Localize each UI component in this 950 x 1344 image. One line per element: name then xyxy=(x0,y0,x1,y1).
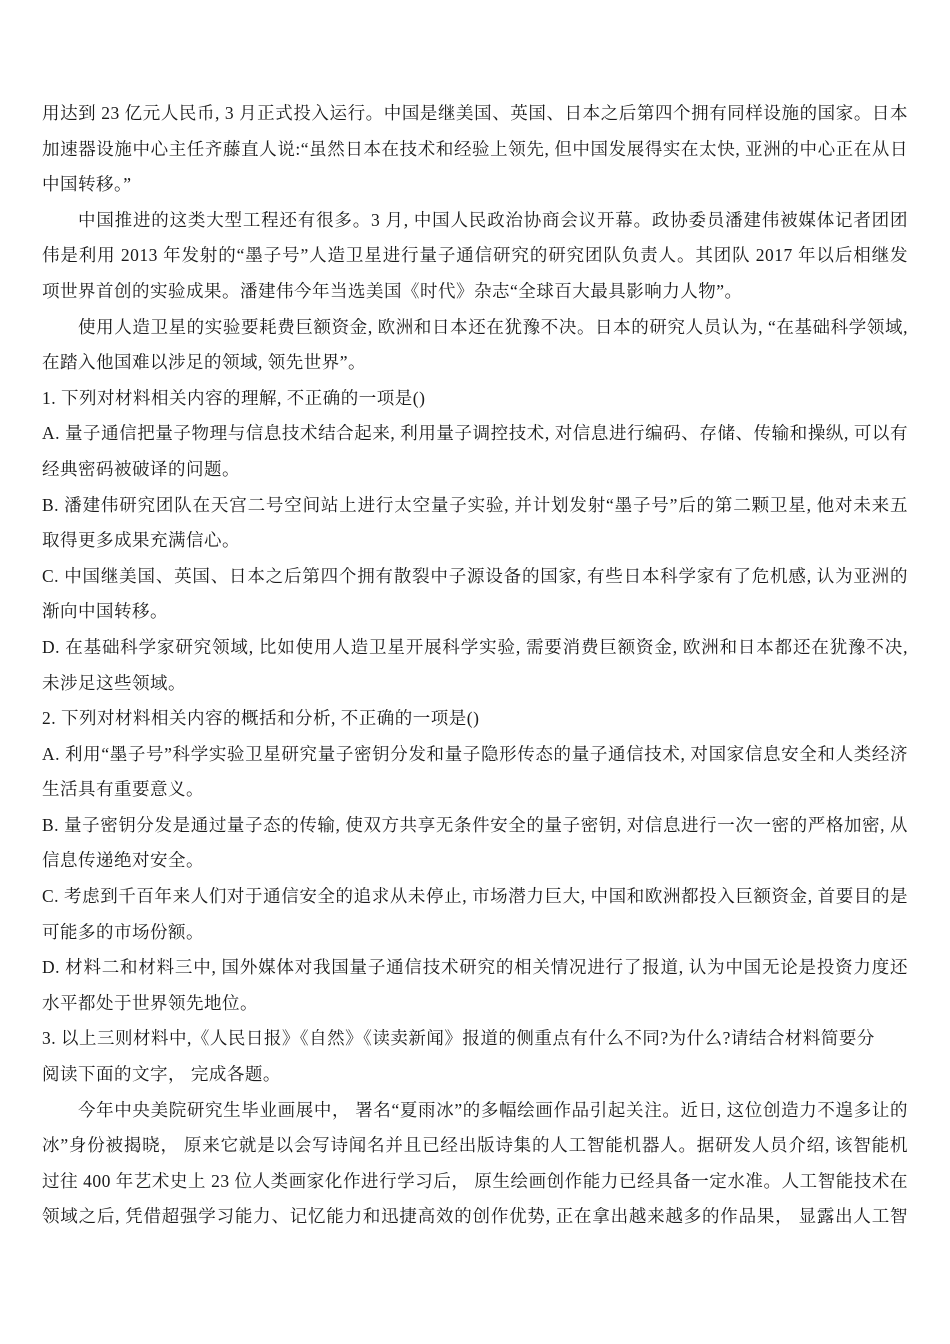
text-line: 加速器设施中心主任齐藤直人说:“虽然日本在技术和经验上领先, 但中国发展得实在太… xyxy=(42,132,908,168)
text-line: A. 量子通信把量子物理与信息技术结合起来, 利用量子调控技术, 对信息进行编码… xyxy=(42,416,908,452)
text-line: 阅读下面的文字， 完成各题。 xyxy=(42,1057,908,1093)
text-line: A. 利用“墨子号”科学实验卫星研究量子密钥分发和量子隐形传态的量子通信技术, … xyxy=(42,737,908,773)
text-line: D. 在基础科学家研究领域, 比如使用人造卫星开展科学实验, 需要消费巨额资金,… xyxy=(42,630,908,666)
text-line: 2. 下列对材料相关内容的概括和分析, 不正确的一项是() xyxy=(42,701,908,737)
text-line: 伟是利用 2013 年发射的“墨子号”人造卫星进行量子通信研究的研究团队负责人。… xyxy=(42,238,908,274)
text-line: 使用人造卫星的实验要耗费巨额资金, 欧洲和日本还在犹豫不决。日本的研究人员认为,… xyxy=(42,310,908,346)
text-line: 中国转移。” xyxy=(42,167,908,203)
text-line: 生活具有重要意义。 xyxy=(42,772,908,808)
text-line: 渐向中国转移。 xyxy=(42,594,908,630)
text-line: 信息传递绝对安全。 xyxy=(42,843,908,879)
text-line: 1. 下列对材料相关内容的理解, 不正确的一项是() xyxy=(42,381,908,417)
text-line: 3. 以上三则材料中,《人民日报》《自然》《读卖新闻》报道的侧重点有什么不同?为… xyxy=(42,1021,908,1057)
text-line: C. 考虑到千百年来人们对于通信安全的追求从未停止, 市场潜力巨大, 中国和欧洲… xyxy=(42,879,908,915)
text-column: 用达到 23 亿元人民币, 3 月正式投入运行。中国是继美国、英国、日本之后第四… xyxy=(42,96,908,1235)
text-line: D. 材料二和材料三中, 国外媒体对我国量子通信技术研究的相关情况进行了报道, … xyxy=(42,950,908,986)
text-line: 过往 400 年艺术史上 23 位人类画家化作进行学习后， 原生绘画创作能力已经… xyxy=(42,1164,908,1200)
text-line: 水平都处于世界领先地位。 xyxy=(42,986,908,1022)
text-line: B. 潘建伟研究团队在天宫二号空间站上进行太空量子实验, 并计划发射“墨子号”后… xyxy=(42,488,908,524)
text-line: 未涉足这些领域。 xyxy=(42,666,908,702)
text-line: B. 量子密钥分发是通过量子态的传输, 使双方共享无条件安全的量子密钥, 对信息… xyxy=(42,808,908,844)
text-line: 项世界首创的实验成果。潘建伟今年当选美国《时代》杂志“全球百大最具影响力人物”。 xyxy=(42,274,908,310)
text-line: 取得更多成果充满信心。 xyxy=(42,523,908,559)
text-line: 冰”身份被揭晓， 原来它就是以会写诗闻名并且已经出版诗集的人工智能机器人。据研发… xyxy=(42,1128,908,1164)
text-line: 中国推进的这类大型工程还有很多。3 月, 中国人民政治协商会议开幕。政协委员潘建… xyxy=(42,203,908,239)
text-line: 经典密码被破译的问题。 xyxy=(42,452,908,488)
text-line: 可能多的市场份额。 xyxy=(42,915,908,951)
text-line: C. 中国继美国、英国、日本之后第四个拥有散裂中子源设备的国家, 有些日本科学家… xyxy=(42,559,908,595)
text-line: 在踏入他国难以涉足的领域, 领先世界”。 xyxy=(42,345,908,381)
text-line: 今年中央美院研究生毕业画展中， 署名“夏雨冰”的多幅绘画作品引起关注。近日, 这… xyxy=(42,1093,908,1129)
document-page: 用达到 23 亿元人民币, 3 月正式投入运行。中国是继美国、英国、日本之后第四… xyxy=(0,0,950,1344)
text-line: 领域之后, 凭借超强学习能力、记忆能力和迅捷高效的创作优势, 正在拿出越来越多的… xyxy=(42,1199,908,1235)
text-line: 用达到 23 亿元人民币, 3 月正式投入运行。中国是继美国、英国、日本之后第四… xyxy=(42,96,908,132)
